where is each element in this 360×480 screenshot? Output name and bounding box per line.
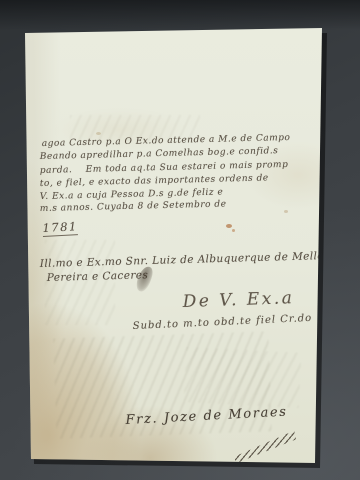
foxing-spot	[232, 229, 235, 232]
handwriting-line: m.s annos. Cuyaba 8 de Setembro de	[40, 199, 227, 214]
valediction-line: Subd.to m.to obd.te fiel Cr.do	[133, 313, 313, 332]
foxing-spot	[96, 132, 101, 135]
handwriting-line: Beando apredilhar p.a Comelhas bog.e con…	[40, 146, 279, 162]
foxing-spot	[226, 224, 232, 228]
manuscript-page: agoa Castro p.a O Ex.do attende a M.e de…	[0, 0, 360, 480]
background-shadow-band	[0, 0, 360, 30]
verso-ink-bleed	[184, 347, 302, 408]
archive-photo: agoa Castro p.a O Ex.do attende a M.e de…	[0, 0, 360, 480]
foxing-spot	[284, 210, 288, 213]
signature-flourish	[232, 431, 299, 464]
addressee-line: Pereira e Caceres	[47, 269, 149, 284]
date-year: 1781	[42, 219, 78, 237]
courtesy-close: De V. Ex.a	[182, 288, 294, 312]
handwriting-line: to, e fiel, e exacto das importantes ord…	[40, 173, 269, 189]
